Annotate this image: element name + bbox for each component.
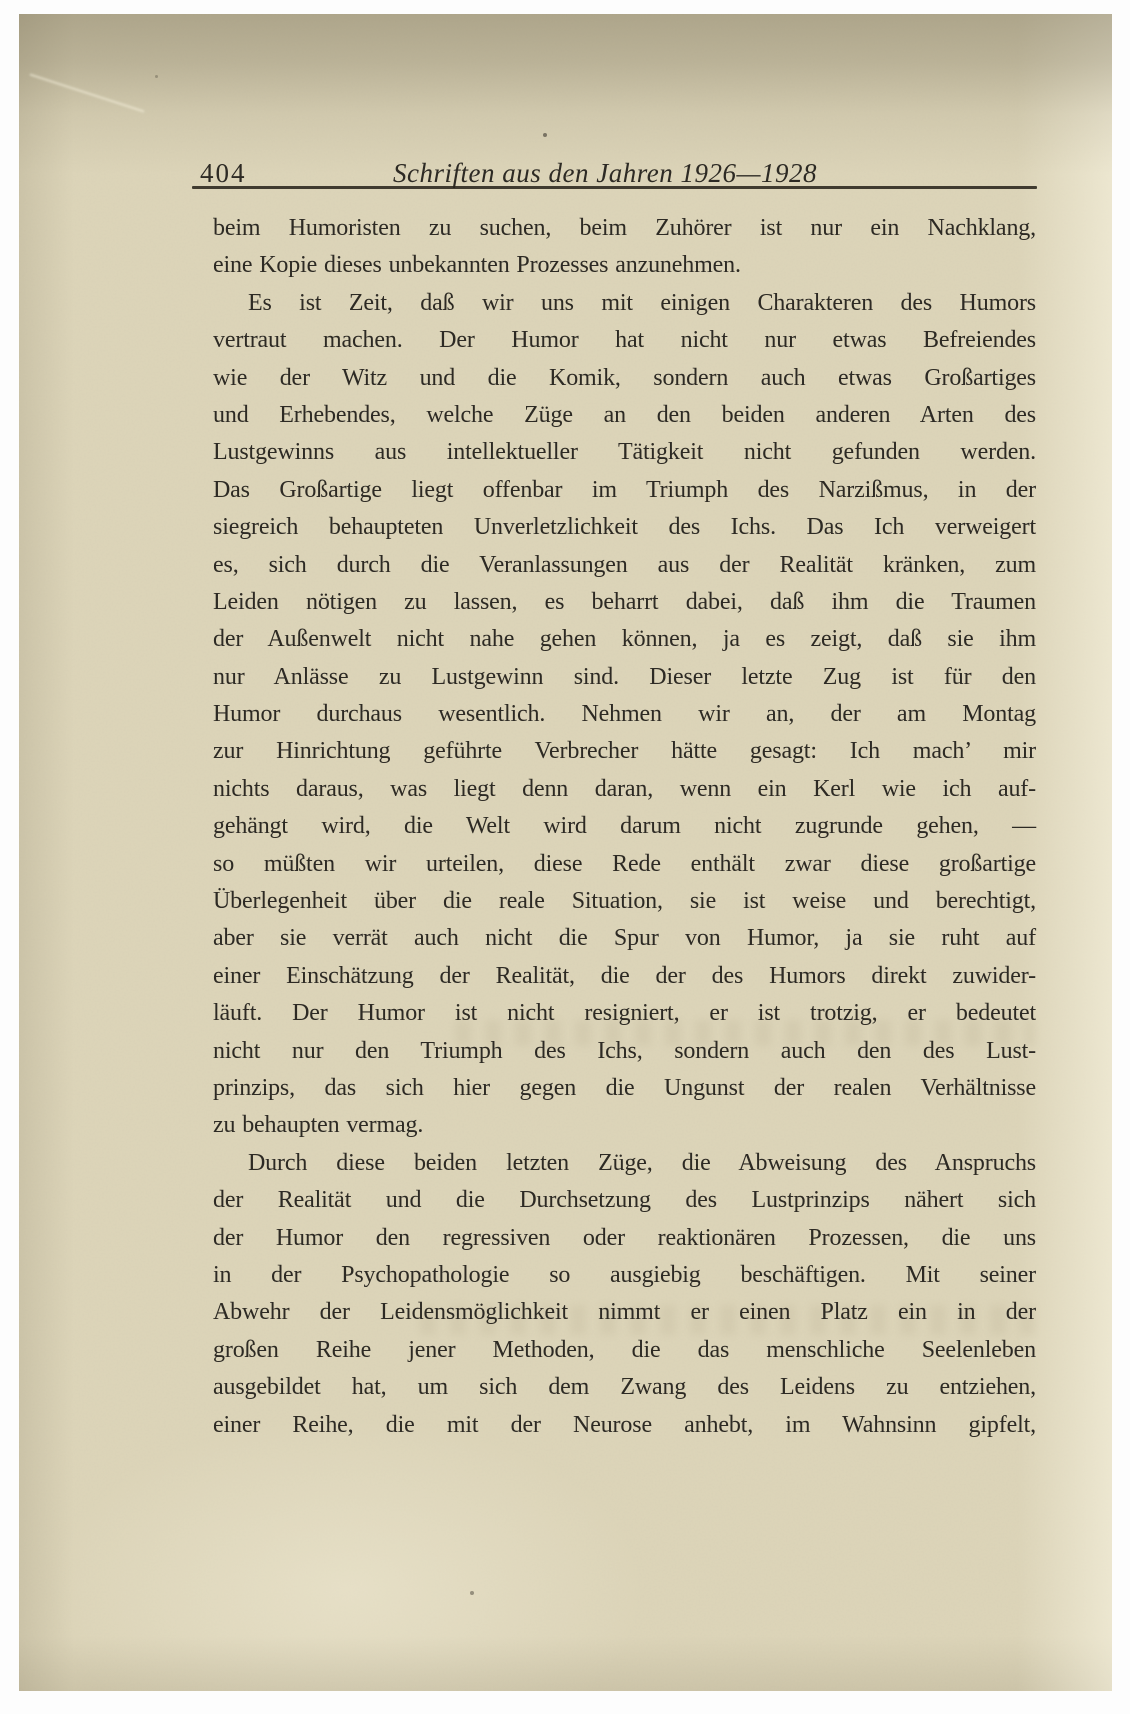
- text-line: wie der Witz und die Komik, sondern auch…: [213, 360, 1036, 397]
- text-line: beim Humoristen zu suchen, beim Zuhörer …: [213, 210, 1036, 247]
- text-line: Lustgewinns aus intellektueller Tätigkei…: [213, 434, 1036, 471]
- page-content: 404 Schriften aus den Jahren 1926—1928 b…: [19, 14, 1112, 1691]
- header-rule: [192, 186, 1037, 189]
- page-number: 404: [200, 160, 247, 187]
- text-line: prinzips, das sich hier gegen die Unguns…: [213, 1070, 1036, 1107]
- text-line: läuft. Der Humor ist nicht resigniert, e…: [213, 995, 1036, 1032]
- text-line: zu behaupten vermag.: [213, 1107, 1036, 1144]
- text-line: großen Reihe jener Methoden, die das men…: [213, 1332, 1036, 1369]
- text-line: Abwehr der Leidensmöglichkeit nimmt er e…: [213, 1294, 1036, 1331]
- text-line: eine Kopie dieses unbekannten Prozesses …: [213, 247, 1036, 284]
- text-line: nichts daraus, was liegt denn daran, wen…: [213, 771, 1036, 808]
- text-line: gehängt wird, die Welt wird darum nicht …: [213, 808, 1036, 845]
- text-line: siegreich behaupteten Unverletzlichkeit …: [213, 509, 1036, 546]
- text-line: Es ist Zeit, daß wir uns mit einigen Cha…: [213, 285, 1036, 322]
- text-line: vertraut machen. Der Humor hat nicht nur…: [213, 322, 1036, 359]
- text-line: Das Großartige liegt offenbar im Triumph…: [213, 472, 1036, 509]
- text-line: und Erhebendes, welche Züge an den beide…: [213, 397, 1036, 434]
- text-line: Durch diese beiden letzten Züge, die Abw…: [213, 1145, 1036, 1182]
- text-line: aber sie verrät auch nicht die Spur von …: [213, 920, 1036, 957]
- text-line: Leiden nötigen zu lassen, es beharrt dab…: [213, 584, 1036, 621]
- text-line: zur Hinrichtung geführte Verbrecher hätt…: [213, 733, 1036, 770]
- text-line: es, sich durch die Veranlassungen aus de…: [213, 547, 1036, 584]
- scanned-book-page-scan: 404 Schriften aus den Jahren 1926—1928 b…: [0, 0, 1130, 1714]
- running-head: Schriften aus den Jahren 1926—1928: [393, 160, 817, 187]
- text-line: Humor durchaus wesentlich. Nehmen wir an…: [213, 696, 1036, 733]
- text-line: nicht nur den Triumph des Ichs, sondern …: [213, 1033, 1036, 1070]
- text-line: der Humor den regressiven oder reaktionä…: [213, 1220, 1036, 1257]
- text-line: in der Psychopathologie so ausgiebig bes…: [213, 1257, 1036, 1294]
- text-line: so müßten wir urteilen, diese Rede enthä…: [213, 846, 1036, 883]
- text-line: einer Reihe, die mit der Neurose anhebt,…: [213, 1407, 1036, 1444]
- text-line: ausgebildet hat, um sich dem Zwang des L…: [213, 1369, 1036, 1406]
- text-line: der Außenwelt nicht nahe gehen können, j…: [213, 621, 1036, 658]
- text-line: Überlegenheit über die reale Situation, …: [213, 883, 1036, 920]
- text-line: nur Anlässe zu Lustgewinn sind. Dieser l…: [213, 659, 1036, 696]
- book-page: 404 Schriften aus den Jahren 1926—1928 b…: [19, 14, 1112, 1691]
- text-line: der Realität und die Durchsetzung des Lu…: [213, 1182, 1036, 1219]
- text-line: einer Einschätzung der Realität, die der…: [213, 958, 1036, 995]
- body-text: beim Humoristen zu suchen, beim Zuhörer …: [213, 210, 1036, 1444]
